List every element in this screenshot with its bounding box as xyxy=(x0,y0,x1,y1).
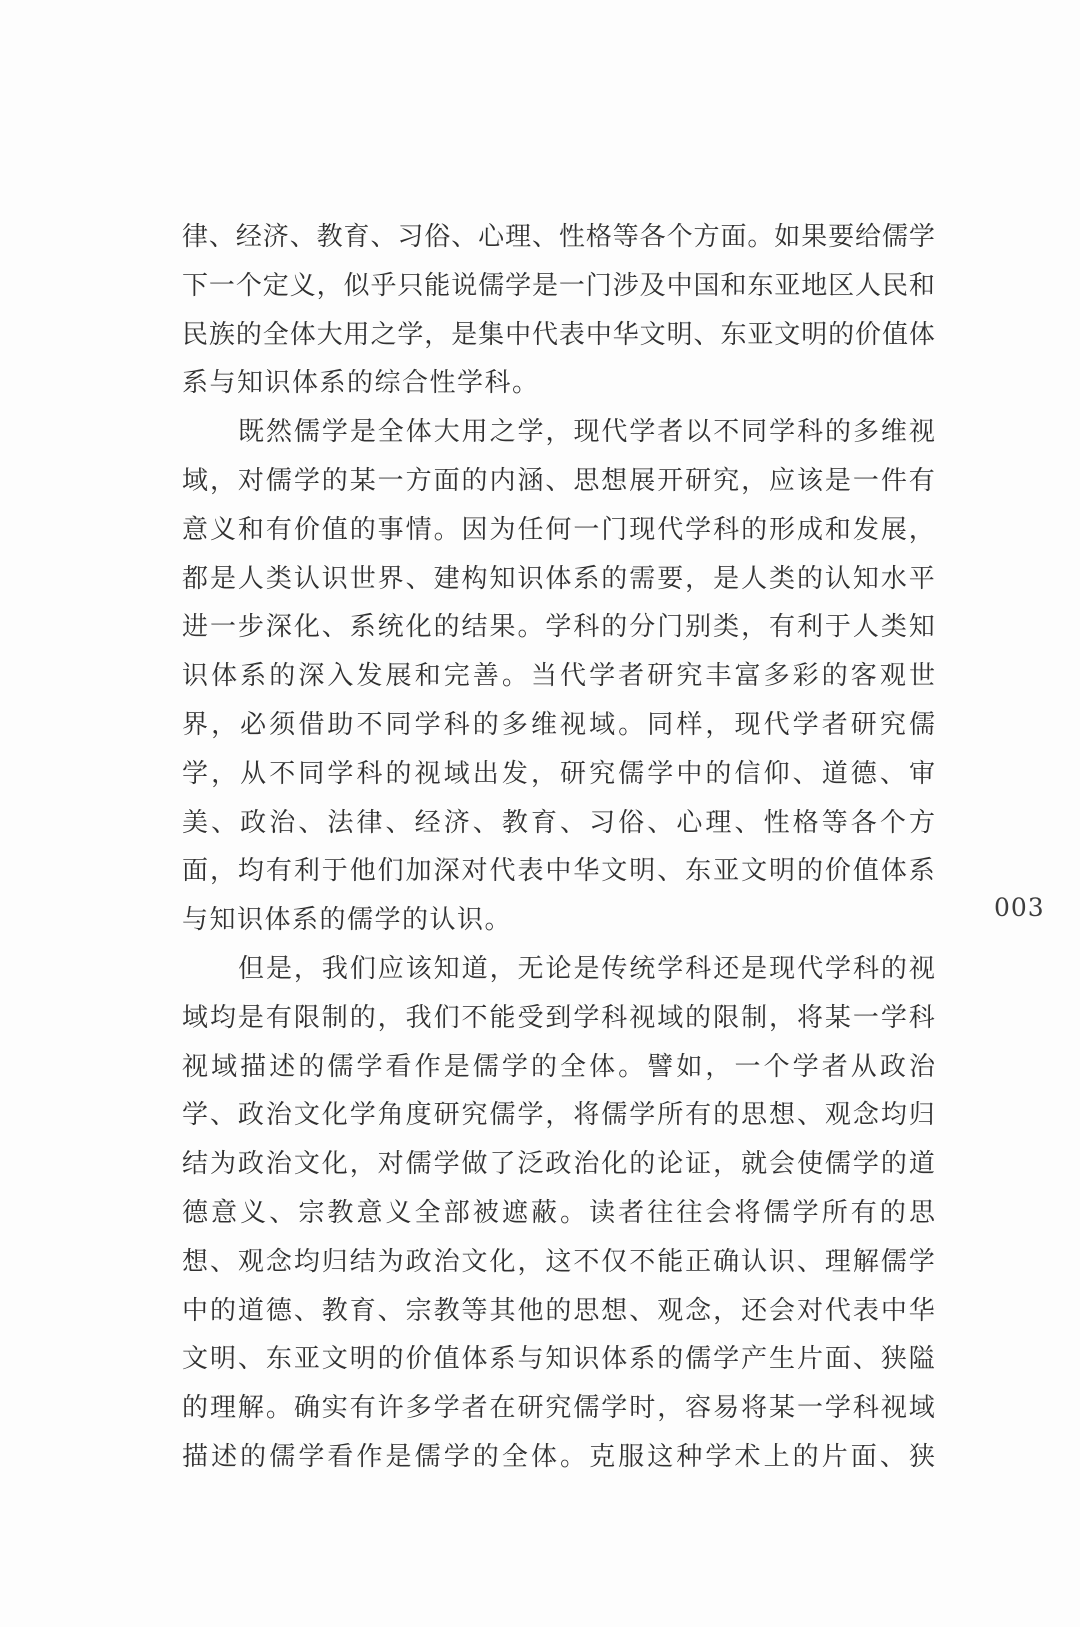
page-number: 003 xyxy=(994,893,1045,922)
book-page: 律、经济、教育、习俗、心理、性格等各个方面。如果要给儒学下一个定义，似乎只能说儒… xyxy=(0,0,1080,1627)
text-line: 都是人类认识世界、建构知识体系的需要，是人类的认知水平 xyxy=(182,555,935,604)
text-line: 域，对儒学的某一方面的内涵、思想展开研究，应该是一件有 xyxy=(182,457,935,506)
text-line: 学、政治文化学角度研究儒学，将儒学所有的思想、观念均归 xyxy=(182,1091,935,1140)
text-line: 进一步深化、系统化的结果。学科的分门别类，有利于人类知 xyxy=(182,603,935,652)
text-line: 与知识体系的儒学的认识。 xyxy=(182,896,935,945)
text-line: 但是，我们应该知道，无论是传统学科还是现代学科的视 xyxy=(182,945,935,994)
text-line: 德意义、宗教意义全部被遮蔽。读者往往会将儒学所有的思 xyxy=(182,1189,935,1238)
text-line: 面，均有利于他们加深对代表中华文明、东亚文明的价值体系 xyxy=(182,847,935,896)
text-line: 文明、东亚文明的价值体系与知识体系的儒学产生片面、狭隘 xyxy=(182,1335,935,1384)
text-line: 民族的全体大用之学，是集中代表中华文明、东亚文明的价值体 xyxy=(182,311,935,360)
page-body-text: 律、经济、教育、习俗、心理、性格等各个方面。如果要给儒学下一个定义，似乎只能说儒… xyxy=(182,213,935,1482)
text-line: 律、经济、教育、习俗、心理、性格等各个方面。如果要给儒学 xyxy=(182,213,935,262)
text-line: 下一个定义，似乎只能说儒学是一门涉及中国和东亚地区人民和 xyxy=(182,262,935,311)
text-line: 系与知识体系的综合性学科。 xyxy=(182,359,935,408)
text-line: 界，必须借助不同学科的多维视域。同样，现代学者研究儒 xyxy=(182,701,935,750)
text-line: 中的道德、教育、宗教等其他的思想、观念，还会对代表中华 xyxy=(182,1287,935,1336)
text-line: 描述的儒学看作是儒学的全体。克服这种学术上的片面、狭 xyxy=(182,1433,935,1482)
text-line: 意义和有价值的事情。因为任何一门现代学科的形成和发展， xyxy=(182,506,935,555)
text-line: 视域描述的儒学看作是儒学的全体。譬如，一个学者从政治 xyxy=(182,1043,935,1092)
text-line: 想、观念均归结为政治文化，这不仅不能正确认识、理解儒学 xyxy=(182,1238,935,1287)
text-line: 学，从不同学科的视域出发，研究儒学中的信仰、道德、审 xyxy=(182,750,935,799)
text-line: 既然儒学是全体大用之学，现代学者以不同学科的多维视 xyxy=(182,408,935,457)
text-line: 结为政治文化，对儒学做了泛政治化的论证，就会使儒学的道 xyxy=(182,1140,935,1189)
text-line: 的理解。确实有许多学者在研究儒学时，容易将某一学科视域 xyxy=(182,1384,935,1433)
text-line: 美、政治、法律、经济、教育、习俗、心理、性格等各个方 xyxy=(182,799,935,848)
text-line: 识体系的深入发展和完善。当代学者研究丰富多彩的客观世 xyxy=(182,652,935,701)
text-line: 域均是有限制的，我们不能受到学科视域的限制，将某一学科 xyxy=(182,994,935,1043)
